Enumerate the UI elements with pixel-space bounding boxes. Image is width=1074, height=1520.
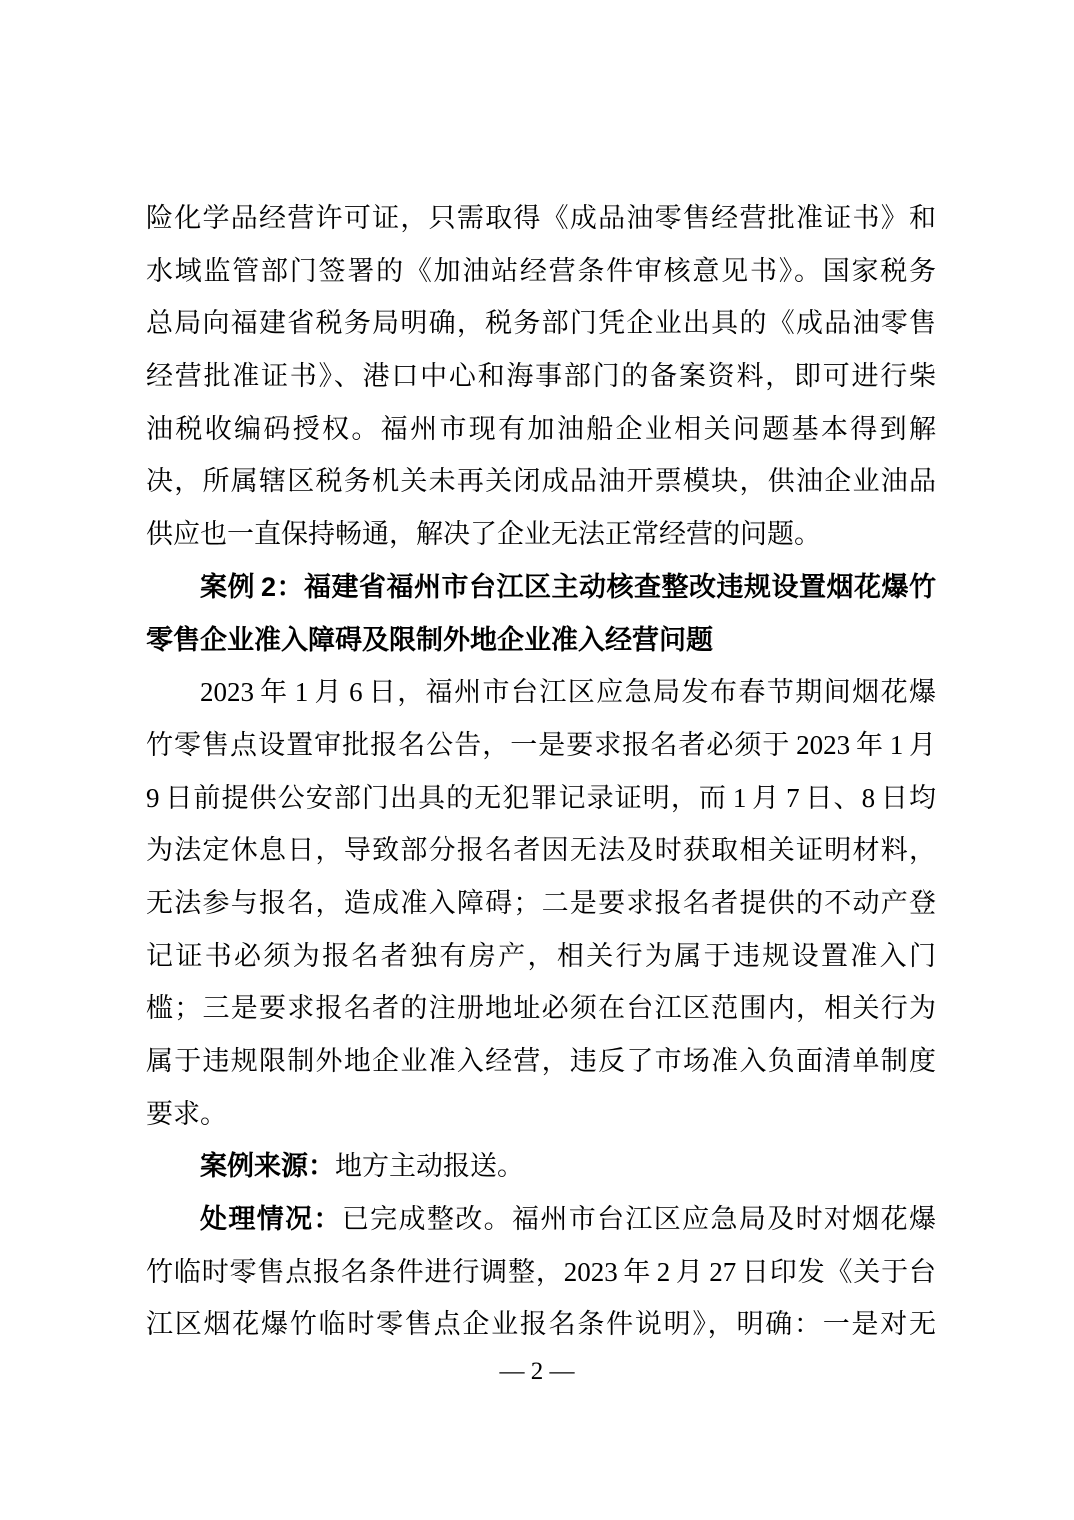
body-text: 总局向福建省税务局明确，税务部门凭企业出具的《成品油零售 [146, 308, 936, 338]
handling-status-line: 处理情况：已完成整改。福州市台江区应急局及时对烟花爆 [146, 1193, 936, 1246]
bold-label-text: 零售企业准入障碍及限制外地企业准入经营问题 [146, 625, 713, 655]
case2-body-line: 属于违规限制外地企业准入经营，违反了市场准入负面清单制度 [146, 1035, 936, 1088]
body-text: 地方主动报送。 [335, 1151, 524, 1181]
case2-body-line: 为法定休息日，导致部分报名者因无法及时获取相关证明材料， [146, 824, 936, 877]
handling-status-line: 江区烟花爆竹临时零售点企业报名条件说明》，明确：一是对无 [146, 1298, 936, 1351]
body-text: 9 日前提供公安部门出具的无犯罪记录证明，而 1 月 7 日、8 日均 [146, 783, 936, 813]
intro-paragraph-line: 决，所属辖区税务机关未再关闭成品油开票模块，供油企业油品 [146, 455, 936, 508]
intro-paragraph-line: 供应也一直保持畅通，解决了企业无法正常经营的问题。 [146, 508, 936, 561]
bold-label-text: 案例来源： [200, 1151, 335, 1181]
body-text: 江区烟花爆竹临时零售点企业报名条件说明》，明确：一是对无 [146, 1309, 936, 1339]
case2-body-line: 竹零售点设置审批报名公告，一是要求报名者必须于 2023 年 1 月 [146, 719, 936, 772]
body-text: 经营批准证书》、港口中心和海事部门的备案资料，即可进行柴 [146, 361, 936, 391]
case-source-line: 案例来源：地方主动报送。 [146, 1140, 936, 1193]
body-text: 决，所属辖区税务机关未再关闭成品油开票模块，供油企业油品 [146, 466, 936, 496]
body-text: 无法参与报名，造成准入障碍；二是要求报名者提供的不动产登 [146, 888, 936, 918]
body-text: 为法定休息日，导致部分报名者因无法及时获取相关证明材料， [146, 835, 936, 865]
handling-status-line: 竹临时零售点报名条件进行调整，2023 年 2 月 27 日印发《关于台 [146, 1246, 936, 1299]
body-text: 槛；三是要求报名者的注册地址必须在台江区范围内，相关行为 [146, 993, 936, 1023]
intro-paragraph-line: 险化学品经营许可证，只需取得《成品油零售经营批准证书》和 [146, 192, 936, 245]
bold-label-text: 案例 2：福建省福州市台江区主动核查整改违规设置烟花爆竹 [200, 572, 936, 602]
body-text: 记证书必须为报名者独有房产，相关行为属于违规设置准入门 [146, 941, 936, 971]
page-number: — 2 — [0, 1352, 1074, 1392]
case2-body-line: 9 日前提供公安部门出具的无犯罪记录证明，而 1 月 7 日、8 日均 [146, 772, 936, 825]
body-text: 竹临时零售点报名条件进行调整，2023 年 2 月 27 日印发《关于台 [146, 1257, 936, 1287]
document-text-block: 险化学品经营许可证，只需取得《成品油零售经营批准证书》和水域监管部门签署的《加油… [146, 192, 936, 1351]
intro-paragraph-line: 经营批准证书》、港口中心和海事部门的备案资料，即可进行柴 [146, 350, 936, 403]
body-text: 水域监管部门签署的《加油站经营条件审核意见书》。国家税务 [146, 256, 936, 286]
document-page: 险化学品经营许可证，只需取得《成品油零售经营批准证书》和水域监管部门签署的《加油… [0, 0, 1074, 1520]
intro-paragraph-line: 油税收编码授权。福州市现有加油船企业相关问题基本得到解 [146, 403, 936, 456]
body-text: 油税收编码授权。福州市现有加油船企业相关问题基本得到解 [146, 414, 936, 444]
body-text: 属于违规限制外地企业准入经营，违反了市场准入负面清单制度 [146, 1046, 936, 1076]
intro-paragraph-line: 总局向福建省税务局明确，税务部门凭企业出具的《成品油零售 [146, 297, 936, 350]
case2-body-line: 记证书必须为报名者独有房产，相关行为属于违规设置准入门 [146, 930, 936, 983]
body-text: 竹零售点设置审批报名公告，一是要求报名者必须于 2023 年 1 月 [146, 730, 936, 760]
case2-body-line: 要求。 [146, 1088, 936, 1141]
intro-paragraph-line: 水域监管部门签署的《加油站经营条件审核意见书》。国家税务 [146, 245, 936, 298]
case2-heading-line: 零售企业准入障碍及限制外地企业准入经营问题 [146, 614, 936, 667]
body-text: 要求。 [146, 1099, 227, 1129]
body-text: 已完成整改。福州市台江区应急局及时对烟花爆 [342, 1204, 936, 1234]
case2-body-line: 2023 年 1 月 6 日，福州市台江区应急局发布春节期间烟花爆 [146, 666, 936, 719]
body-text: 险化学品经营许可证，只需取得《成品油零售经营批准证书》和 [146, 203, 936, 233]
body-text: 供应也一直保持畅通，解决了企业无法正常经营的问题。 [146, 519, 821, 549]
case2-body-line: 无法参与报名，造成准入障碍；二是要求报名者提供的不动产登 [146, 877, 936, 930]
case2-body-line: 槛；三是要求报名者的注册地址必须在台江区范围内，相关行为 [146, 982, 936, 1035]
body-text: 2023 年 1 月 6 日，福州市台江区应急局发布春节期间烟花爆 [200, 677, 936, 707]
case2-heading-line: 案例 2：福建省福州市台江区主动核查整改违规设置烟花爆竹 [146, 561, 936, 614]
bold-label-text: 处理情况： [200, 1204, 342, 1234]
